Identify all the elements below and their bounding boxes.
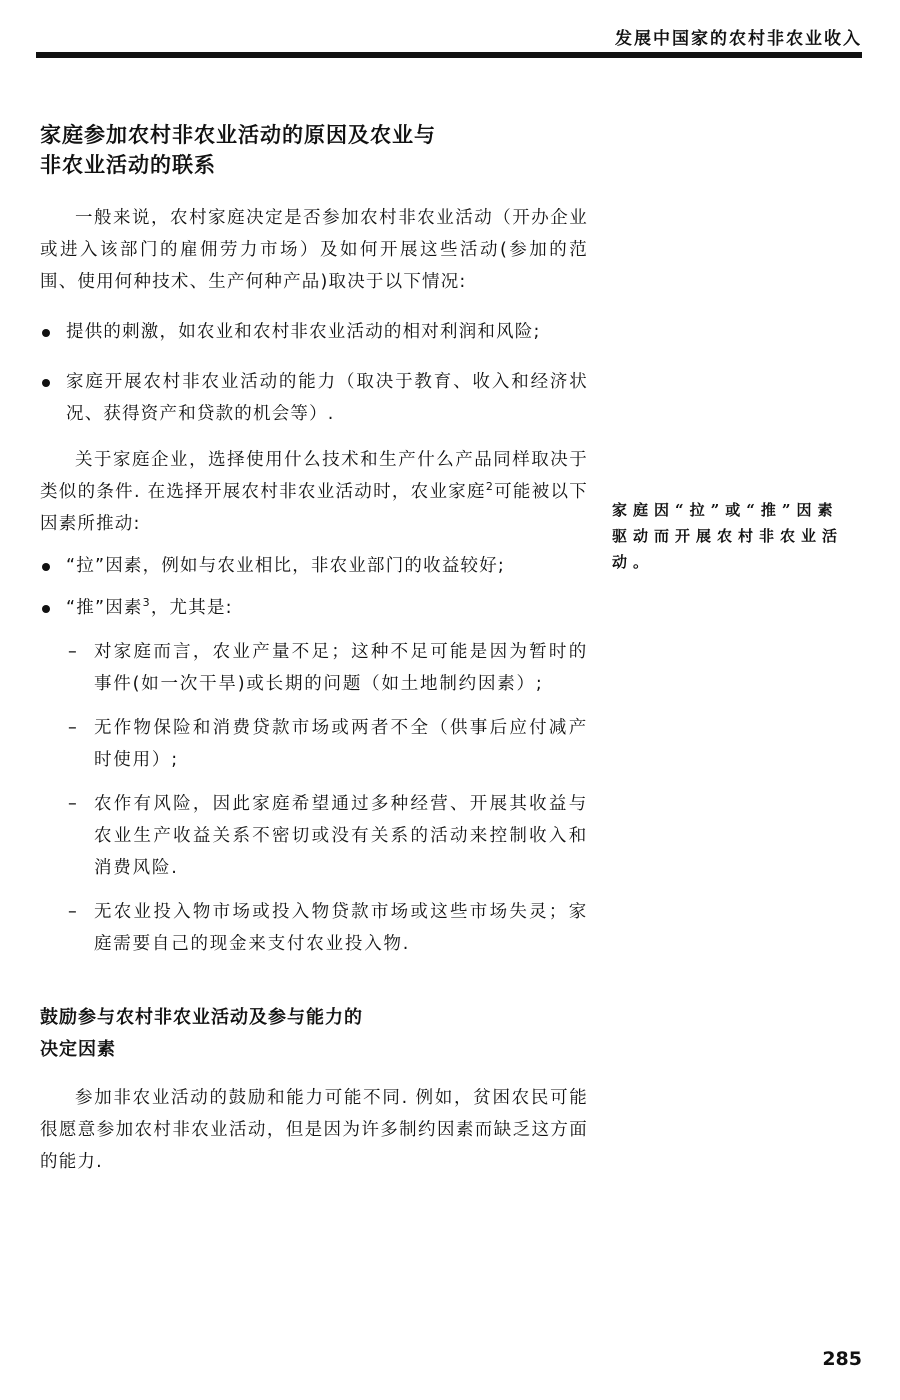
header-rule [36,52,862,58]
push-factors-list: – 对家庭而言，农业产量不足；这种不足可能是因为暂时的事件(如一次干旱)或长期的… [40,636,588,960]
determinants-paragraph: 参加非农业活动的鼓励和能力可能不同. 例如，贫困农民可能很愿意参加农村非农业活动… [40,1082,588,1178]
footnote-ref: 2 [486,480,494,493]
page-number: 285 [822,1348,862,1370]
factors-list: “拉”因素，例如与农业相比，非农业部门的收益较好; “推”因素3，尤其是: [40,550,588,624]
main-column: 家庭参加农村非农业活动的原因及农业与 非农业活动的联系 一般来说，农村家庭决定是… [40,120,588,1178]
list-item-text: 家庭开展农村非农业活动的能力（取决于教育、收入和经济状况、获得资产和贷款的机会等… [66,372,588,424]
sub-list-item-text: 无作物保险和消费贷款市场或两者不全（供事后应付减产时使用）; [94,718,588,770]
conditions-list: 提供的刺激，如农业和农村非农业活动的相对利润和风险; 家庭开展农村非农业活动的能… [40,316,588,430]
list-item: 提供的刺激，如农业和农村非农业活动的相对利润和风险; [40,316,588,348]
sub-list-item: – 无农业投入物市场或投入物贷款市场或这些市场失灵；家庭需要自己的现金来支付农业… [68,896,588,960]
sub-list-item-text: 农作有风险，因此家庭希望通过多种经营、开展其收益与农业生产收益关系不密切或没有关… [94,794,588,878]
bullet-icon [42,563,50,571]
dash-icon: – [68,788,84,820]
bullet-icon [42,329,50,337]
subsection-title: 鼓励参与农村非农业活动及参与能力的 决定因素 [40,1002,588,1066]
dash-icon: – [68,896,84,928]
enterprise-paragraph: 关于家庭企业，选择使用什么技术和生产什么产品同样取决于类似的条件. 在选择开展农… [40,444,588,540]
footnote-ref: 3 [143,596,151,609]
section-title: 家庭参加农村非农业活动的原因及农业与 非农业活动的联系 [40,120,588,180]
list-item-text: “推”因素 [66,598,143,618]
list-item-push-factor: “推”因素3，尤其是: [40,592,588,624]
list-item-text: 提供的刺激，如农业和农村非农业活动的相对利润和风险; [66,322,541,342]
bullet-icon [42,379,50,387]
intro-paragraph: 一般来说，农村家庭决定是否参加农村非农业活动（开办企业或进入该部门的雇佣劳力市场… [40,202,588,298]
sub-list-item-text: 无农业投入物市场或投入物贷款市场或这些市场失灵；家庭需要自己的现金来支付农业投入… [94,902,588,954]
list-item-pull-factor: “拉”因素，例如与农业相比，非农业部门的收益较好; [40,550,588,582]
sub-list-item: – 对家庭而言，农业产量不足；这种不足可能是因为暂时的事件(如一次干旱)或长期的… [68,636,588,700]
list-item: 家庭开展农村非农业活动的能力（取决于教育、收入和经济状况、获得资产和贷款的机会等… [40,366,588,430]
sub-list-item: – 农作有风险，因此家庭希望通过多种经营、开展其收益与农业生产收益关系不密切或没… [68,788,588,884]
dash-icon: – [68,636,84,668]
list-item-text: ，尤其是: [151,598,233,618]
dash-icon: – [68,712,84,744]
section-title-line-1: 家庭参加农村非农业活动的原因及农业与 [40,123,436,147]
sub-list-item-text: 对家庭而言，农业产量不足；这种不足可能是因为暂时的事件(如一次干旱)或长期的问题… [94,642,588,694]
margin-note: 家庭因“拉”或“推”因素驱动而开展农村非农业活动。 [612,497,848,575]
list-item-text: “拉”因素，例如与农业相比，非农业部门的收益较好; [66,556,505,576]
sub-list-item: – 无作物保险和消费贷款市场或两者不全（供事后应付减产时使用）; [68,712,588,776]
subsection-title-line-1: 鼓励参与农村非农业活动及参与能力的 [40,1007,363,1028]
subsection-title-line-2: 决定因素 [40,1039,116,1060]
bullet-icon [42,605,50,613]
running-header: 发展中国家的农村非农业收入 [615,24,862,49]
section-title-line-2: 非农业活动的联系 [40,153,216,177]
